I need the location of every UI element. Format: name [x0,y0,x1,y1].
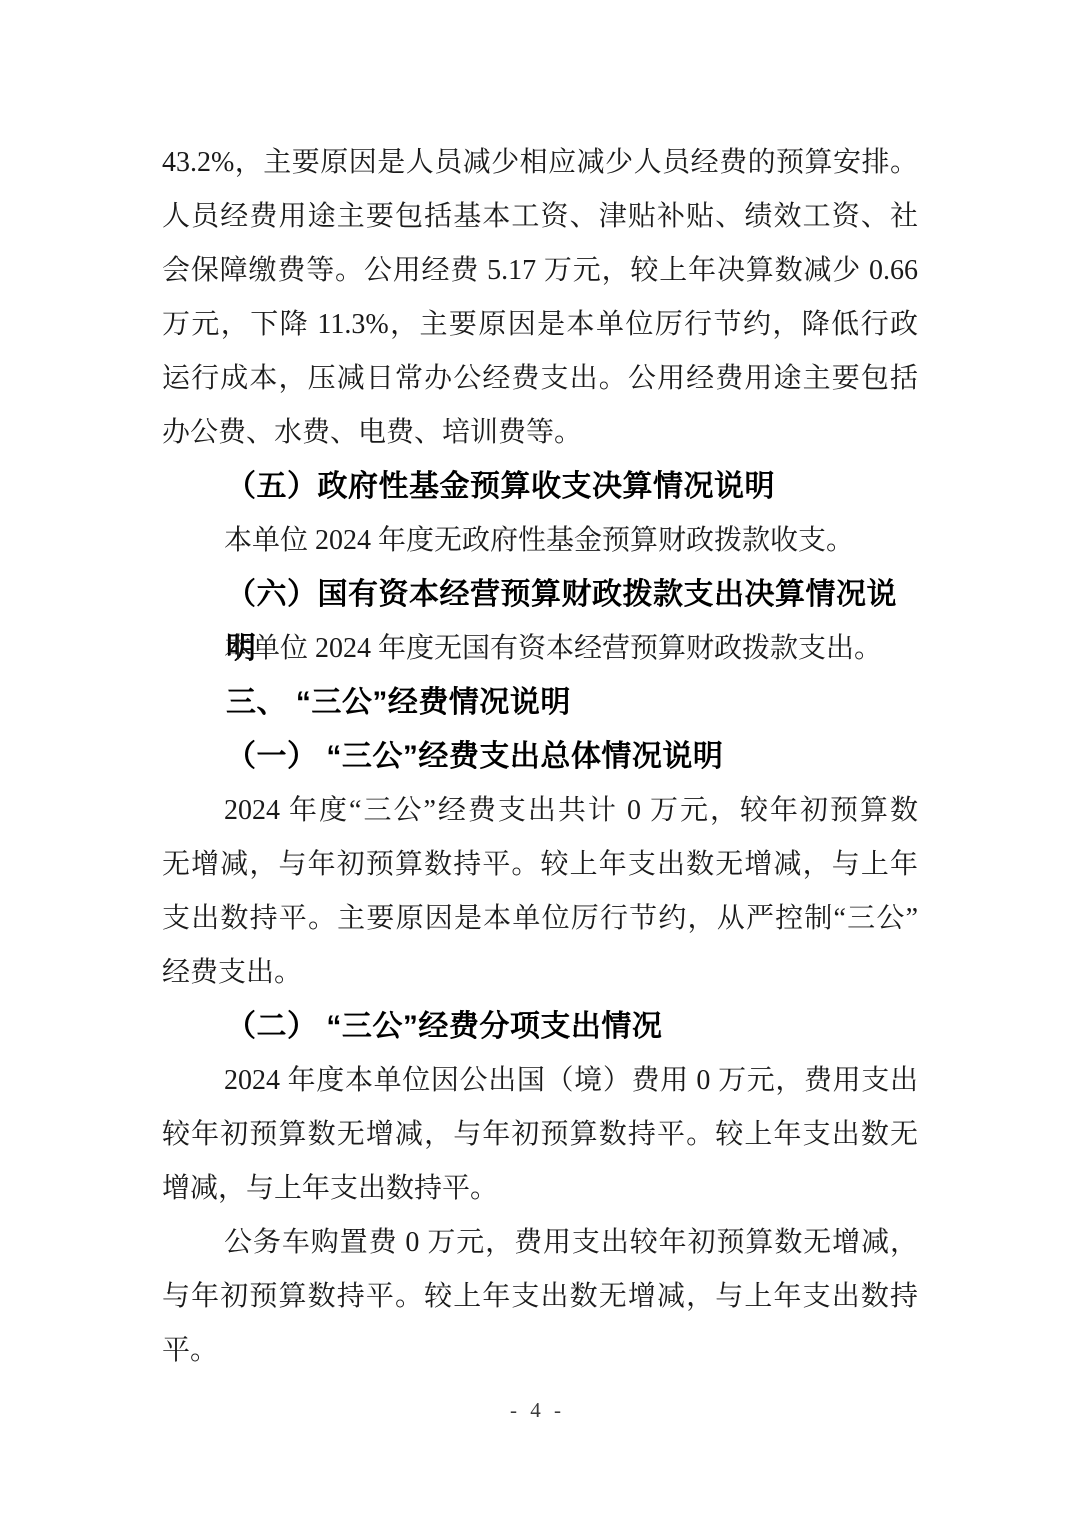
paragraph-line-last: 办公费、水费、电费、培训费等。 [162,406,918,460]
paragraph-line: 支出数持平。主要原因是本单位厉行节约，从严控制“三公” [162,892,918,946]
paragraph-line: 43.2%，主要原因是人员减少相应减少人员经费的预算安排。 [162,136,918,190]
paragraph-line-first: 2024 年度“三公”经费支出共计 0 万元，较年初预算数 [162,784,918,838]
paragraph-line: 会保障缴费等。公用经费 5.17 万元，较上年决算数减少 0.66 [162,244,918,298]
chapter-heading-three-public-funds: 三、 “三公”经费情况说明 [162,676,918,730]
paragraph-line: 万元，下降 11.3%，主要原因是本单位厉行节约，降低行政 [162,298,918,352]
section-heading-state-capital: （六）国有资本经营预算财政拨款支出决算情况说明 [162,568,918,622]
paragraph-line-last: 增减，与上年支出数持平。 [162,1162,918,1216]
paragraph-line-last: 经费支出。 [162,946,918,1000]
paragraph-line: 与年初预算数持平。较上年支出数无增减，与上年支出数持 [162,1270,918,1324]
paragraph-line-single: 本单位 2024 年度无政府性基金预算财政拨款收支。 [162,514,918,568]
subsection-heading-overall-spending: （一） “三公”经费支出总体情况说明 [162,730,918,784]
subsection-heading-itemized-spending: （二） “三公”经费分项支出情况 [162,1000,918,1054]
section-heading-gov-fund-budget: （五）政府性基金预算收支决算情况说明 [162,460,918,514]
page-number: - 4 - [0,1398,1075,1423]
document-text-column: 43.2%，主要原因是人员减少相应减少人员经费的预算安排。 人员经费用途主要包括… [162,136,918,1378]
paragraph-line: 运行成本，压减日常办公经费支出。公用经费用途主要包括 [162,352,918,406]
paragraph-line-first: 公务车购置费 0 万元，费用支出较年初预算数无增减， [162,1216,918,1270]
document-page: 43.2%，主要原因是人员减少相应减少人员经费的预算安排。 人员经费用途主要包括… [0,0,1075,1520]
paragraph-line-first: 2024 年度本单位因公出国（境）费用 0 万元，费用支出 [162,1054,918,1108]
paragraph-line-last: 平。 [162,1324,918,1378]
paragraph-line: 无增减，与年初预算数持平。较上年支出数无增减，与上年 [162,838,918,892]
paragraph-line-single: 本单位 2024 年度无国有资本经营预算财政拨款支出。 [162,622,918,676]
paragraph-line: 人员经费用途主要包括基本工资、津贴补贴、绩效工资、社 [162,190,918,244]
paragraph-line: 较年初预算数无增减，与年初预算数持平。较上年支出数无 [162,1108,918,1162]
